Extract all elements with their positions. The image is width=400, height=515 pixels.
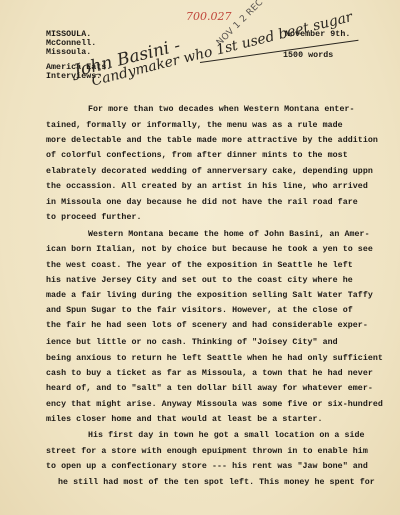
body-line: heard of, and to "salt" a ten dollar bil… [46,385,373,393]
body-line: street for a store with enough epuipment… [46,448,368,456]
body-line: of colorful confections, from after dinn… [46,152,348,160]
body-line: and Spun Sugar to the fair visitors. How… [46,307,353,315]
typewritten-page: 700.027 NOV 1 2 REC'D MISSOULA. McConnel… [0,0,400,515]
body-line: in Missoula one day because he did not h… [46,199,358,207]
body-line: cash to buy a ticket as far as Missoula,… [46,370,373,378]
body-line: the occassion. All created by an artist … [46,183,368,191]
word-count: 1500 words [283,52,333,60]
reference-number: 700.027 [186,10,232,23]
body-line: ience but little or no cash. Thinking of… [46,339,338,347]
body-line: ency that might arise. Anyway Missoula w… [46,401,383,409]
body-line: His first day in town he got a small loc… [88,432,365,440]
body-line: tained, formally or informally, the menu… [46,122,343,130]
body-line: the fair he had seen lots of scenery and… [46,322,368,330]
body-line: more delectable and the table made more … [46,137,378,145]
body-line: his native Jersey City and set out to th… [46,277,353,285]
body-line: miles closer home and that would at leas… [46,416,323,424]
header-city: Missoula. [46,49,91,57]
body-line: to proceed further. [46,214,142,222]
body-line: the west coast. The year of the expositi… [46,262,353,270]
body-line: being anxious to return he left Seattle … [46,355,383,363]
body-line: he still had most of the ten spot left. … [58,479,375,487]
body-line: made a fair living during the exposition… [46,292,373,300]
body-line: Western Montana became the home of John … [88,231,370,239]
body-line: elabrately decorated wedding of annerver… [46,168,373,176]
body-line: to open up a confectionary store --- his… [46,463,368,471]
body-line: ican born Italian, not by choice but bec… [46,246,373,254]
body-line: For more than two decades when Western M… [88,106,355,114]
